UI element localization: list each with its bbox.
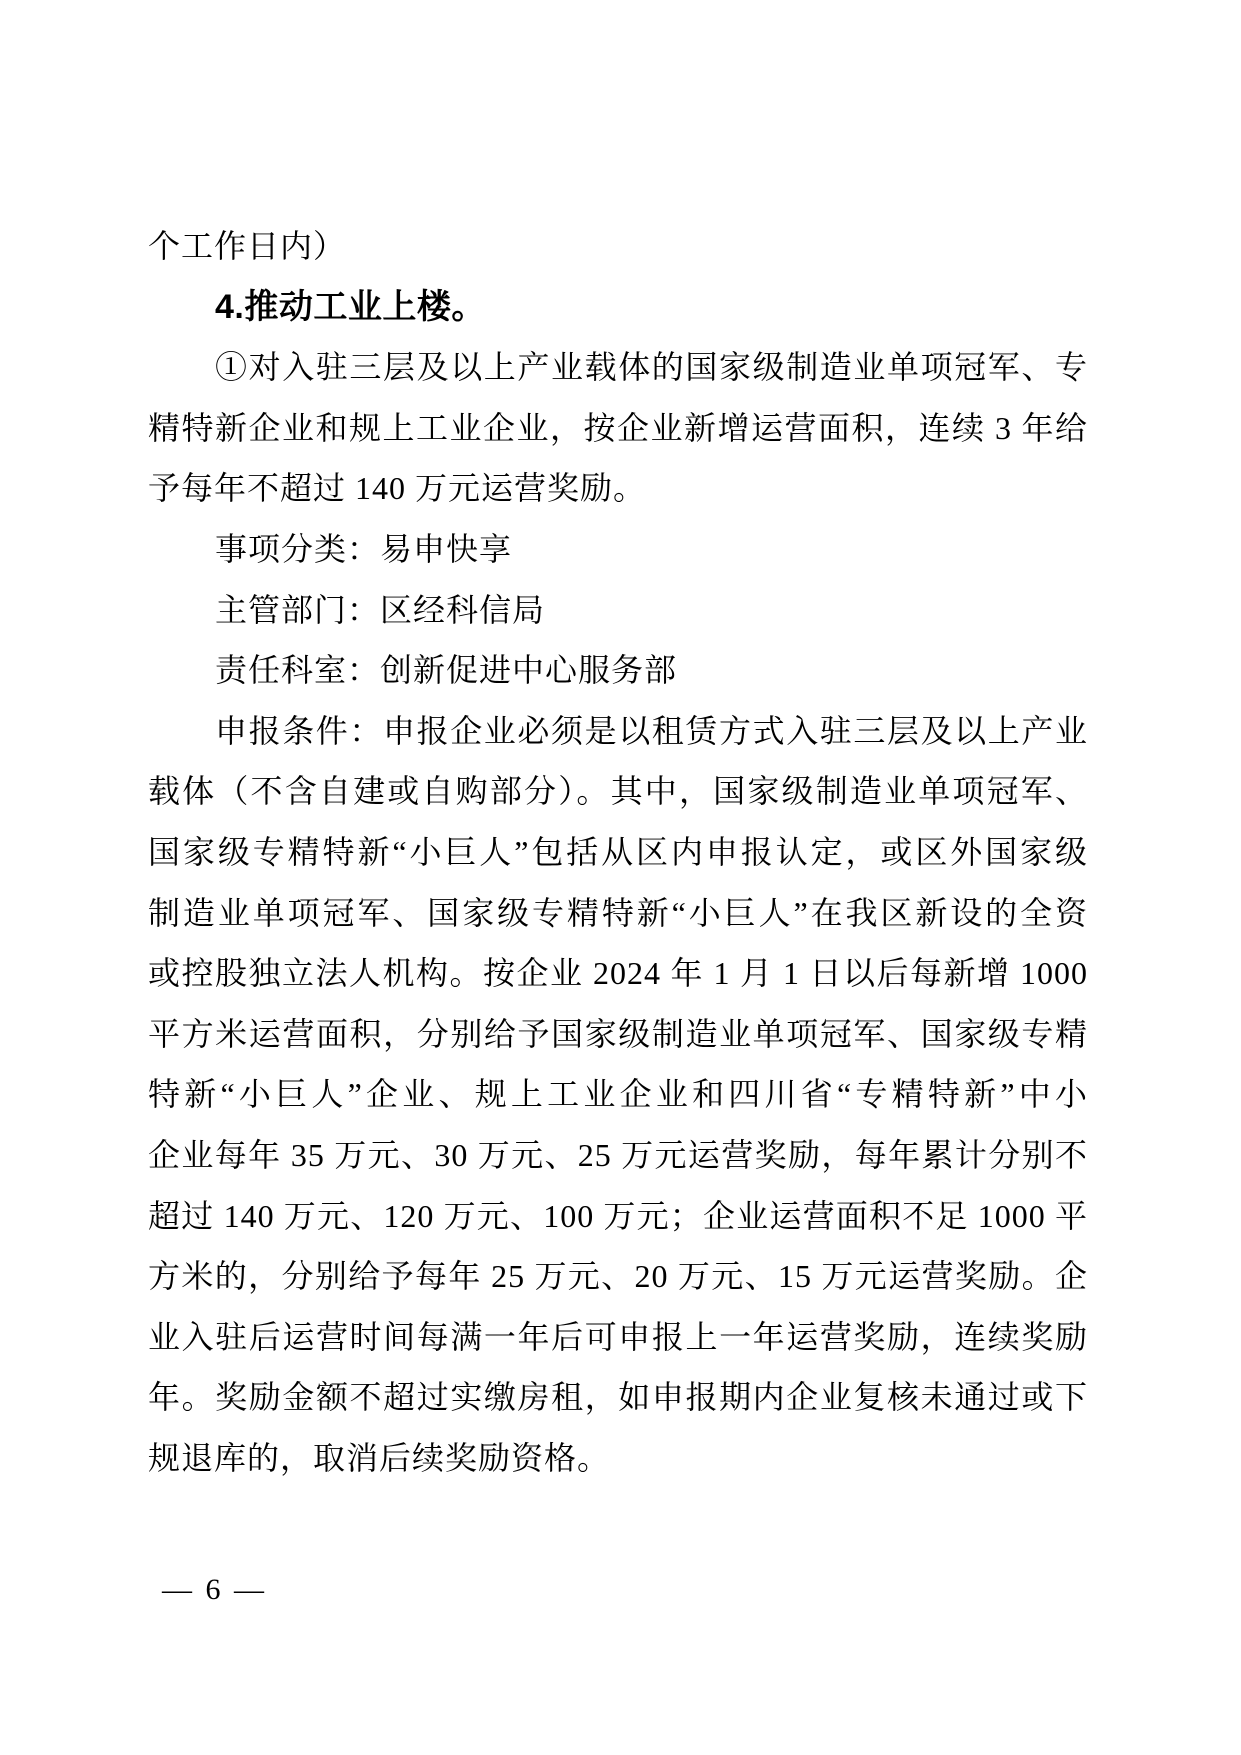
text-line: 方米的，分别给予每年 25 万元、20 万元、15 万元运营奖励。企 [148,1246,1088,1307]
document-page: 个工作日内）4.推动工业上楼。①对入驻三层及以上产业载体的国家级制造业单项冠军、… [0,0,1241,1755]
text-line: 予每年不超过 140 万元运营奖励。 [148,458,1088,519]
text-line: 或控股独立法人机构。按企业 2024 年 1 月 1 日以后每新增 1000 [148,943,1088,1004]
text-line: 超过 140 万元、120 万元、100 万元；企业运营面积不足 1000 平 [148,1186,1088,1247]
text-line: 特新“小巨人”企业、规上工业企业和四川省“专精特新”中小 [148,1064,1088,1125]
text-line: 申报条件：申报企业必须是以租赁方式入驻三层及以上产业 [148,701,1088,762]
section-heading: 4.推动工业上楼。 [148,277,1088,338]
text-line: 责任科室：创新促进中心服务部 [148,640,1088,701]
text-line: 精特新企业和规上工业企业，按企业新增运营面积，连续 3 年给 [148,398,1088,459]
text-line: 企业每年 35 万元、30 万元、25 万元运营奖励，每年累计分别不 [148,1125,1088,1186]
text-line: 个工作日内） [148,216,1088,277]
text-line: 规退库的，取消后续奖励资格。 [148,1428,1088,1489]
text-line: 国家级专精特新“小巨人”包括从区内申报认定，或区外国家级 [148,822,1088,883]
text-line: 年。奖励金额不超过实缴房租，如申报期内企业复核未通过或下 [148,1367,1088,1428]
text-line: 事项分类：易申快享 [148,519,1088,580]
text-line: 主管部门：区经科信局 [148,580,1088,641]
text-line: 载体（不含自建或自购部分）。其中，国家级制造业单项冠军、 [148,761,1088,822]
text-line: 制造业单项冠军、国家级专精特新“小巨人”在我区新设的全资 [148,883,1088,944]
text-line: ①对入驻三层及以上产业载体的国家级制造业单项冠军、专 [148,337,1088,398]
text-column: 个工作日内）4.推动工业上楼。①对入驻三层及以上产业载体的国家级制造业单项冠军、… [148,216,1088,1488]
text-line: 业入驻后运营时间每满一年后可申报上一年运营奖励，连续奖励 3 [148,1307,1088,1368]
text-line: 平方米运营面积，分别给予国家级制造业单项冠军、国家级专精 [148,1004,1088,1065]
page-number: — 6 — [162,1566,267,1614]
